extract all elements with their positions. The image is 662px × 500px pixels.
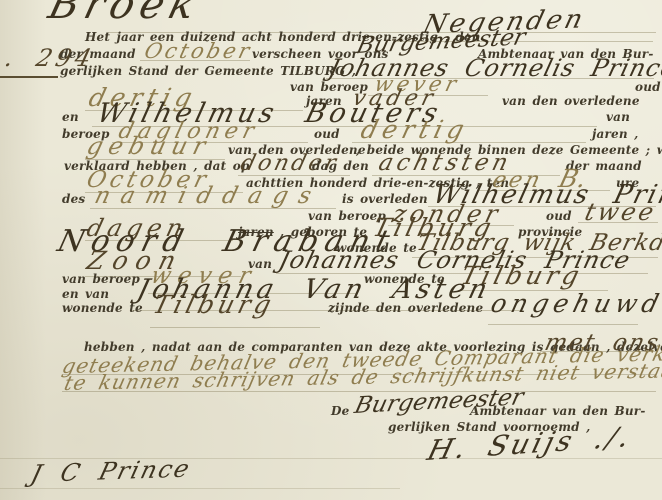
handwritten-age: dertig [358,115,472,144]
printed-text: en van [62,287,109,301]
printed-text: De [331,404,349,418]
printed-text: oud [314,127,340,141]
printed-text: Ambtenaar van den Bur- [470,404,646,418]
printed-text: des [62,192,85,206]
handwritten-age: twee [582,198,660,226]
printed-text: zijnde den overledene [328,301,483,315]
printed-text: van den overledene [502,94,640,108]
ruled-line [150,327,320,328]
ruled-line [0,488,400,489]
printed-text: gerlijken Stand der Gemeente TILBURG , [60,64,356,78]
printed-text: oud [546,209,572,223]
ruled-line [488,324,638,325]
handwritten-marital-status: ongehuwd [488,289,662,318]
printed-text: jaren , [592,127,639,141]
handwritten-residence: Tilburg [150,290,278,319]
printed-text: en [62,110,79,124]
record-number-underline [0,76,58,78]
printed-text: der maand [60,47,136,61]
handwritten-month: October [142,39,255,63]
handwritten-daypart: namiddags [92,183,325,209]
death-certificate-document: Broek . 294 Het jaar een duizend acht ho… [0,0,662,500]
printed-text: dag den [312,159,369,173]
header-name: Broek [44,0,206,28]
printed-text: wonende te [62,301,143,315]
printed-text: van beroep [62,272,140,286]
printed-text: van [606,110,630,124]
printed-text: oud [635,80,661,94]
handwritten-relation: gebuur [84,132,214,160]
signature-declarant: J C Prince [28,455,194,488]
handwritten-date: achtsten [376,150,515,176]
